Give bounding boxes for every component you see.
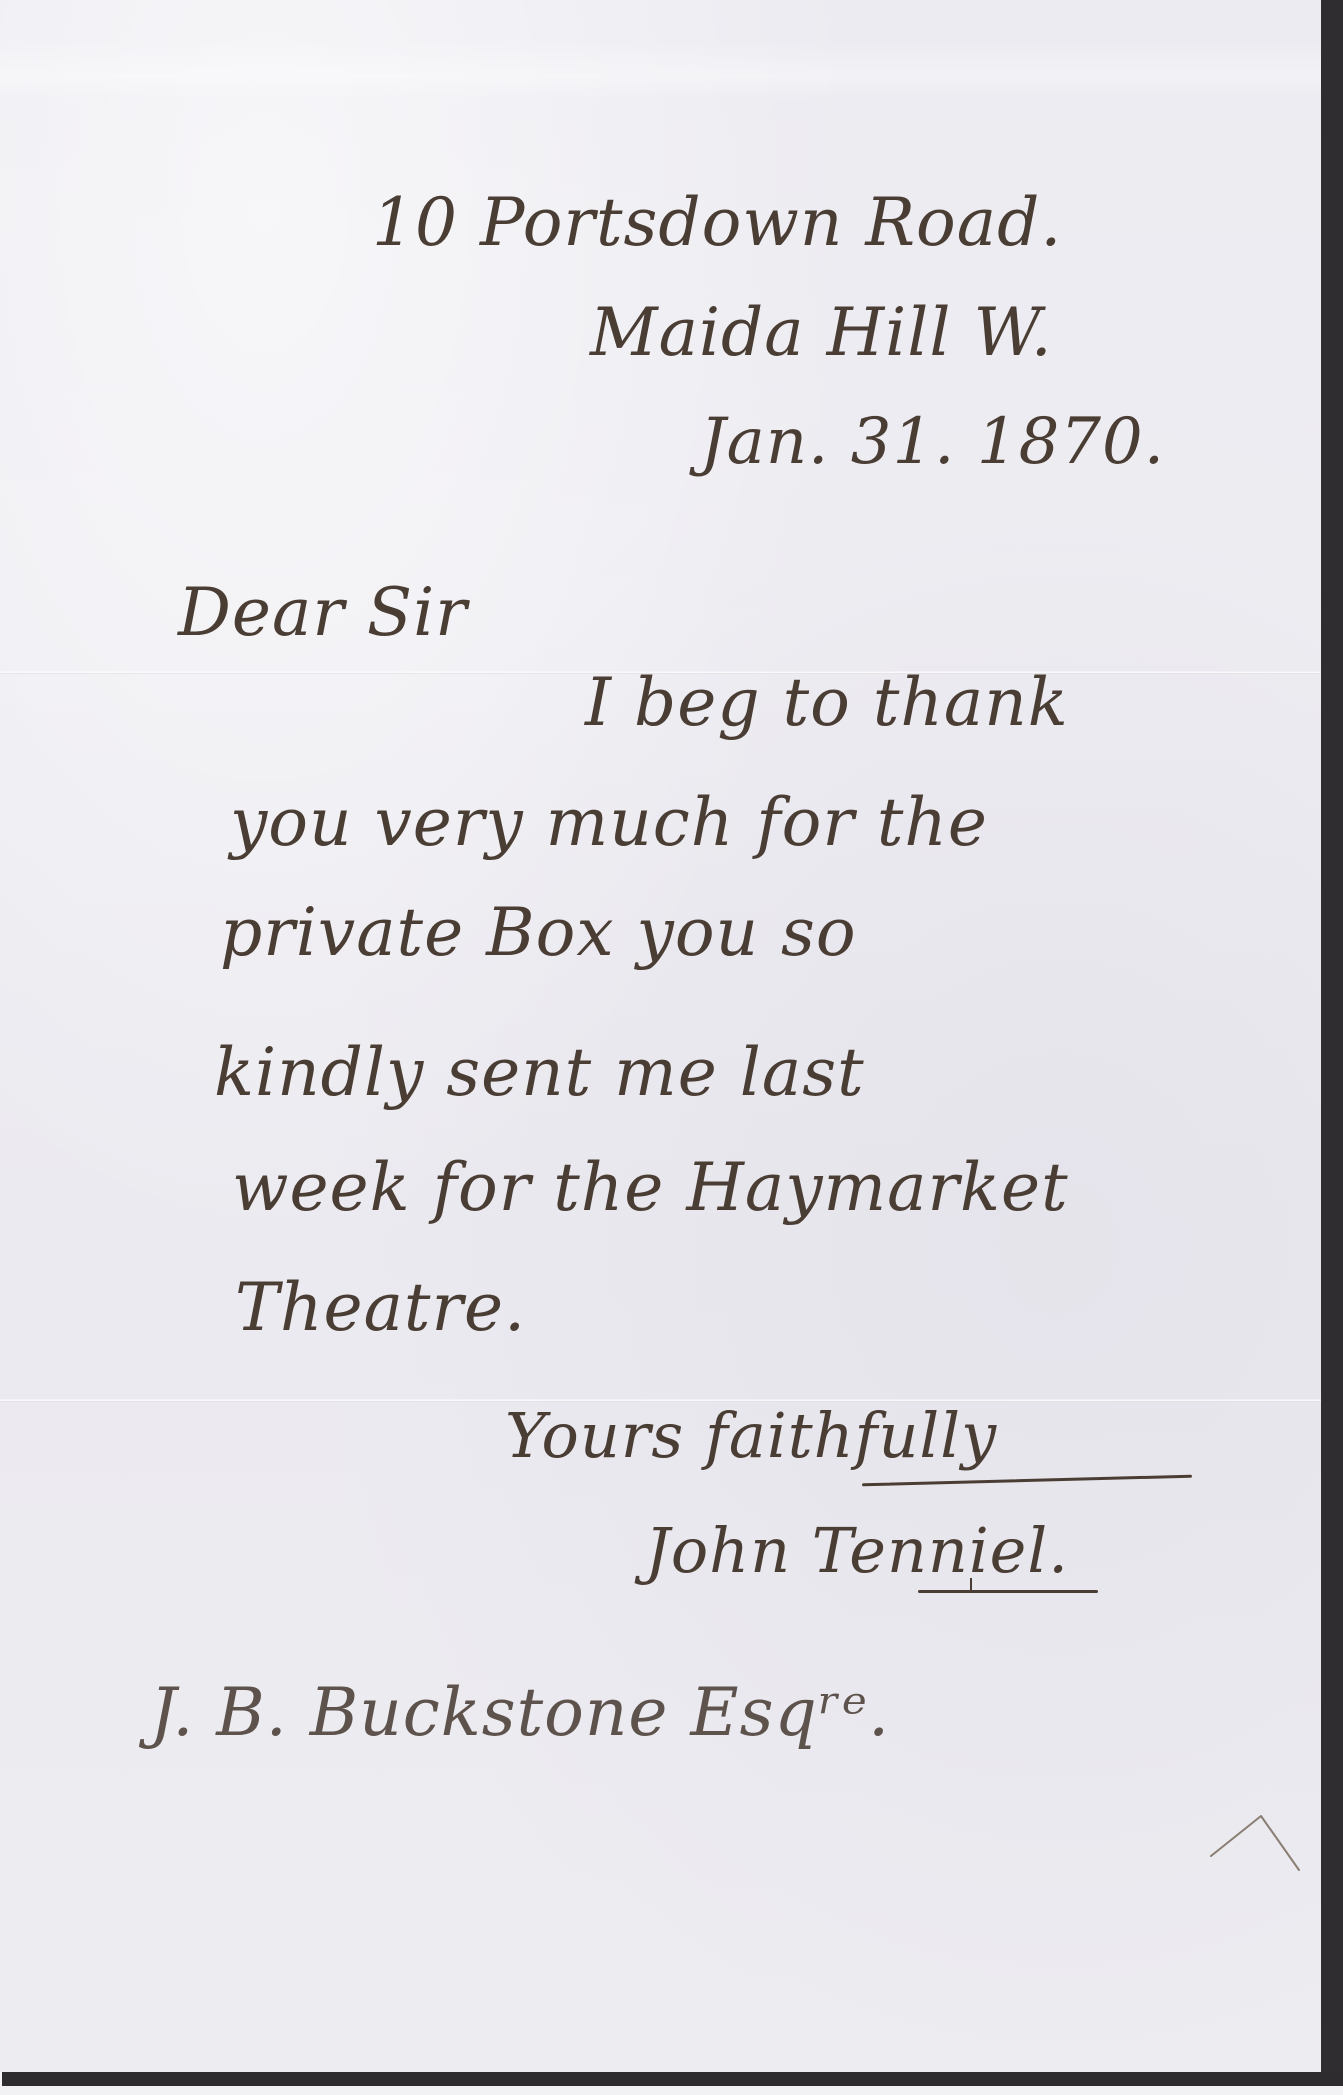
scan-border-right xyxy=(1321,0,1343,2088)
address-line-2: Maida Hill W. xyxy=(590,300,1053,366)
body-line: private Box you so xyxy=(220,900,857,966)
closing-flourish xyxy=(862,1475,1192,1487)
address-line-1: 10 Portsdown Road. xyxy=(372,190,1062,256)
signature: John Tenniel. xyxy=(645,1520,1069,1582)
body-line: Theatre. xyxy=(235,1275,526,1341)
body-line: week for the Haymarket xyxy=(232,1155,1069,1221)
scanned-letter: 10 Portsdown Road. Maida Hill W. Jan. 31… xyxy=(0,0,1343,2095)
closing: Yours faithfully xyxy=(505,1405,997,1467)
letter-paper: 10 Portsdown Road. Maida Hill W. Jan. 31… xyxy=(0,0,1322,2072)
body-line: you very much for the xyxy=(230,790,988,856)
caret-mark-icon xyxy=(1203,1808,1303,1878)
addressee: J. B. Buckstone Esqʳᵉ. xyxy=(150,1680,890,1746)
signature-flourish xyxy=(918,1590,1098,1593)
salutation: Dear Sir xyxy=(178,580,468,646)
scan-border-bottom xyxy=(2,2072,1343,2086)
body-line: kindly sent me last xyxy=(214,1040,865,1106)
letter-date: Jan. 31. 1870. xyxy=(700,410,1165,474)
body-line: I beg to thank xyxy=(585,670,1069,736)
scan-margin-bottom xyxy=(0,2086,1343,2095)
